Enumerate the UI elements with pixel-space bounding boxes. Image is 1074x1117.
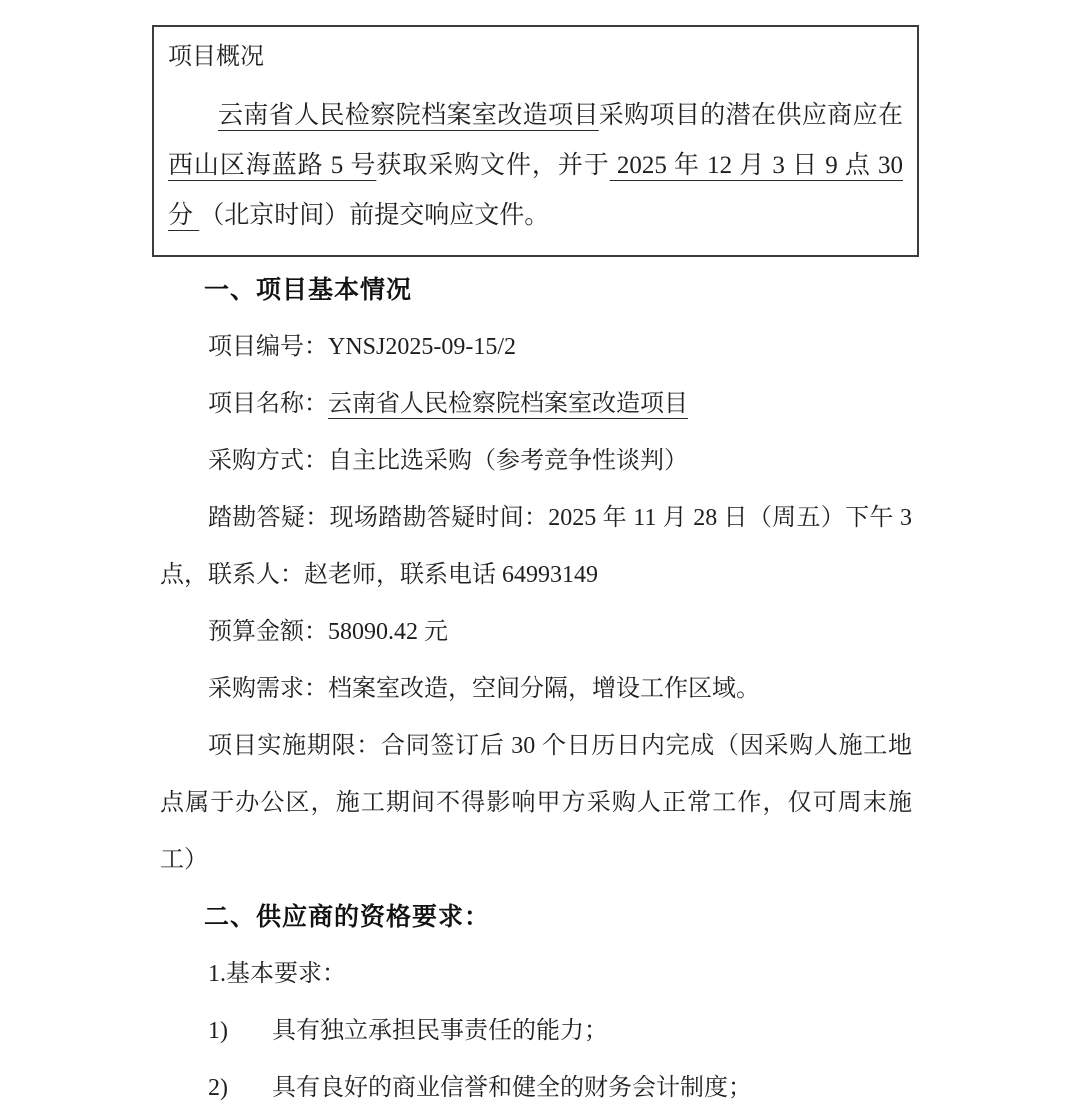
item-number: 1) xyxy=(208,1003,272,1060)
field-label: 踏勘答疑： xyxy=(208,505,330,531)
field-value: 58090.42 元 xyxy=(328,619,448,645)
section-heading-basic-info: 一、项目基本情况 xyxy=(160,262,912,319)
overview-segment-project-name: 云南省人民检察院档案室改造项目 xyxy=(218,102,599,129)
field-value: 档案室改造，空间分隔，增设工作区域。 xyxy=(328,676,760,702)
field-procurement-method: 采购方式：自主比选采购（参考竞争性谈判） xyxy=(160,433,912,490)
field-budget: 预算金额：58090.42 元 xyxy=(160,604,912,661)
field-value: YNSJ2025-09-15/2 xyxy=(328,334,516,360)
field-label: 采购方式： xyxy=(208,448,328,474)
field-project-name: 项目名称：云南省人民检察院档案室改造项目 xyxy=(160,376,912,433)
project-overview-box: 项目概况 云南省人民检察院档案室改造项目采购项目的潜在供应商应在西山区海蓝路 5… xyxy=(152,25,919,257)
field-project-number: 项目编号：YNSJ2025-09-15/2 xyxy=(160,319,912,376)
item-text: 具有良好的商业信誉和健全的财务会计制度； xyxy=(272,1075,752,1101)
field-implementation-period: 项目实施期限：合同签订后 30 个日历日内完成（因采购人施工地点属于办公区，施工… xyxy=(160,718,912,889)
overview-title: 项目概况 xyxy=(168,35,903,79)
document-body: 一、项目基本情况 项目编号：YNSJ2025-09-15/2 项目名称：云南省人… xyxy=(160,262,912,1117)
overview-paragraph: 云南省人民检察院档案室改造项目采购项目的潜在供应商应在西山区海蓝路 5 号获取采… xyxy=(168,91,903,241)
item-text: 具有独立承担民事责任的能力； xyxy=(272,1018,608,1044)
section-heading-qualification: 二、供应商的资格要求： xyxy=(160,889,912,946)
field-label: 采购需求： xyxy=(208,676,328,702)
item-number: 2) xyxy=(208,1060,272,1117)
field-label: 预算金额： xyxy=(208,619,328,645)
field-site-survey: 踏勘答疑：现场踏勘答疑时间：2025 年 11 月 28 日（周五）下午 3 点… xyxy=(160,490,912,604)
field-value: 自主比选采购（参考竞争性谈判） xyxy=(328,448,688,474)
field-label: 项目名称： xyxy=(208,391,328,417)
qualification-subheading: 1.基本要求： xyxy=(160,946,912,1003)
overview-segment-text: 采购项目的潜在供应商应在 xyxy=(599,102,903,129)
field-label: 项目编号： xyxy=(208,334,328,360)
field-value: 云南省人民检察院档案室改造项目 xyxy=(328,391,688,417)
field-label: 项目实施期限： xyxy=(208,733,381,759)
overview-segment-text: 获取采购文件，并于 xyxy=(376,152,609,179)
field-procurement-needs: 采购需求：档案室改造，空间分隔，增设工作区域。 xyxy=(160,661,912,718)
overview-segment-text: （北京时间）前提交响应文件。 xyxy=(199,202,549,229)
overview-segment-address: 西山区海蓝路 5 号 xyxy=(168,152,376,179)
qualification-item-1: 1)具有独立承担民事责任的能力； xyxy=(160,1003,912,1060)
qualification-item-2: 2)具有良好的商业信誉和健全的财务会计制度； xyxy=(160,1060,912,1117)
document-page: { "page": { "background": "#ffffff", "te… xyxy=(0,0,1074,1117)
